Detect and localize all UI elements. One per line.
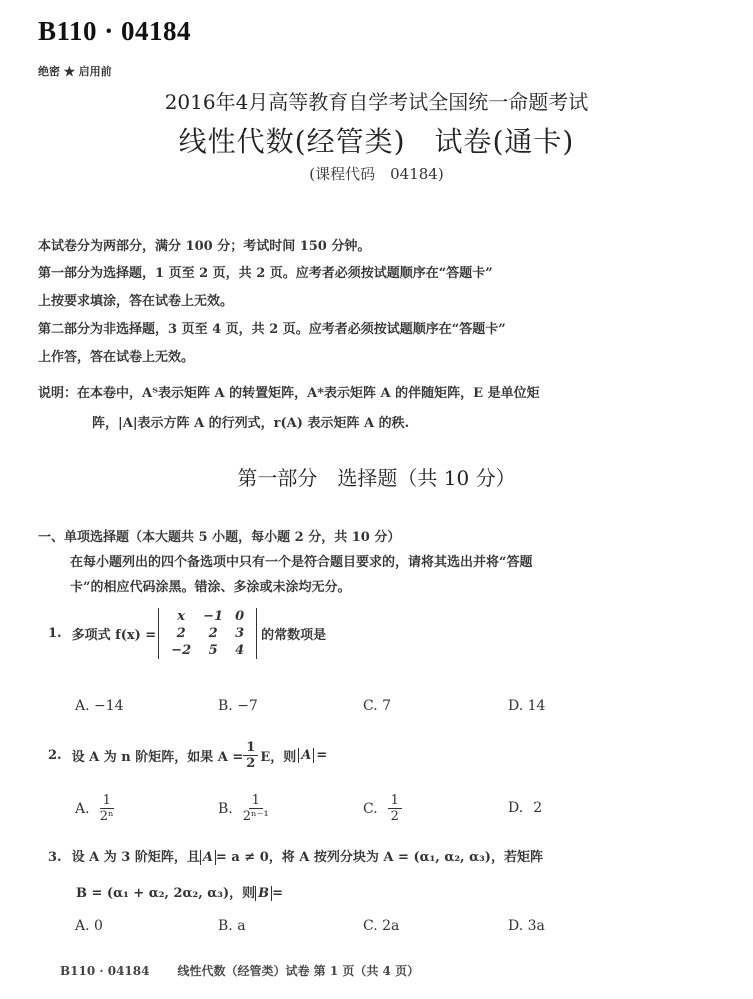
instruction-line: 本试卷分为两部分，满分 100 分；考试时间 150 分钟。 [38,235,370,254]
note-line-1: 说明：在本卷中，Aᵀ表示矩阵 A 的转置矩阵，A*表示矩阵 A 的伴随矩阵，E … [38,382,540,401]
question-3-line-2: B = (α₁ + α₂, 2α₂, α₃)，则B= [76,882,283,901]
instruction-line: 上按要求填涂，答在试卷上无效。 [38,290,233,309]
fraction: 12 [243,740,258,771]
question-number: 1. [48,626,62,641]
question-prefix: 设 A 为 n 阶矩阵，如果 A = [72,746,244,765]
option-a[interactable]: A. 0 [75,918,103,934]
footer-text: 线性代数（经管类）试卷 第 1 页（共 4 页） [177,964,419,978]
option-a[interactable]: A. −14 [75,698,124,714]
question-number: 3. [48,850,62,865]
determinant-abs: A [200,850,216,865]
note-label: 说明： [38,386,77,401]
course-code: (课程代码 04184) [0,163,753,184]
determinant: x−10 223 −254 [158,608,257,659]
option-a[interactable]: A. 12ⁿ [75,793,114,824]
section-heading: 一、单项选择题（本大题共 5 小题，每小题 2 分，共 10 分） [38,526,400,545]
question-3-line-1: 3.设 A 为 3 阶矩阵，且A= a ≠ 0，将 A 按列分块为 A = (α… [48,846,543,865]
subject-title: 线性代数(经管类) 试卷(通卡) [0,120,753,160]
page-footer: B110 · 04184线性代数（经管类）试卷 第 1 页（共 4 页） [60,962,447,979]
instruction-line: 第二部分为非选择题，3 页至 4 页，共 2 页。应考者必须按试题顺序在“答题卡… [38,318,506,337]
paper-code: B110 · 04184 [38,16,191,47]
note-line-2: 阵，|A|表示方阵 A 的行列式，r(A) 表示矩阵 A 的秩. [92,412,409,431]
option-b[interactable]: B. 12ⁿ⁻¹ [218,793,269,824]
question-suffix: 的常数项是 [261,624,326,643]
determinant-abs: B [255,886,272,901]
option-d[interactable]: D. 3a [508,918,545,934]
question-number: 2. [48,748,62,763]
option-d[interactable]: D. 14 [508,698,545,714]
note-text: 在本卷中，Aᵀ表示矩阵 A 的转置矩阵，A*表示矩阵 A 的伴随矩阵，E 是单位… [77,386,540,401]
option-b[interactable]: B. −7 [218,698,258,714]
option-b[interactable]: B. a [218,918,246,934]
instruction-line: 第一部分为选择题，1 页至 2 页，共 2 页。应考者必须按试题顺序在“答题卡” [38,262,493,281]
instruction-line: 上作答，答在试卷上无效。 [38,346,194,365]
exam-title: 2016年4月高等教育自学考试全国统一命题考试 [0,86,753,115]
option-d[interactable]: D.2 [508,800,542,816]
question-1: 1. 多项式 f(x) = x−10 223 −254 的常数项是 [48,608,326,659]
footer-code: B110 · 04184 [60,964,149,978]
option-c[interactable]: C. 2a [363,918,399,934]
question-prefix: 多项式 f(x) = [72,624,157,643]
part-title: 第一部分 选择题（共 10 分） [0,462,753,491]
option-c[interactable]: C. 7 [363,698,391,714]
question-2: 2. 设 A 为 n 阶矩阵，如果 A = 12 E，则 A = [48,740,327,771]
option-c[interactable]: C. 12 [363,793,402,824]
section-desc: 卡”的相应代码涂黑。错涂、多涂或未涂均无分。 [70,576,350,595]
determinant-abs: A [298,748,314,763]
section-desc: 在每小题列出的四个备选项中只有一个是符合题目要求的，请将其选出并将“答题 [70,551,532,570]
question-suffix: E，则 [260,746,296,765]
confidential-label: 绝密 ★ 启用前 [38,63,112,79]
